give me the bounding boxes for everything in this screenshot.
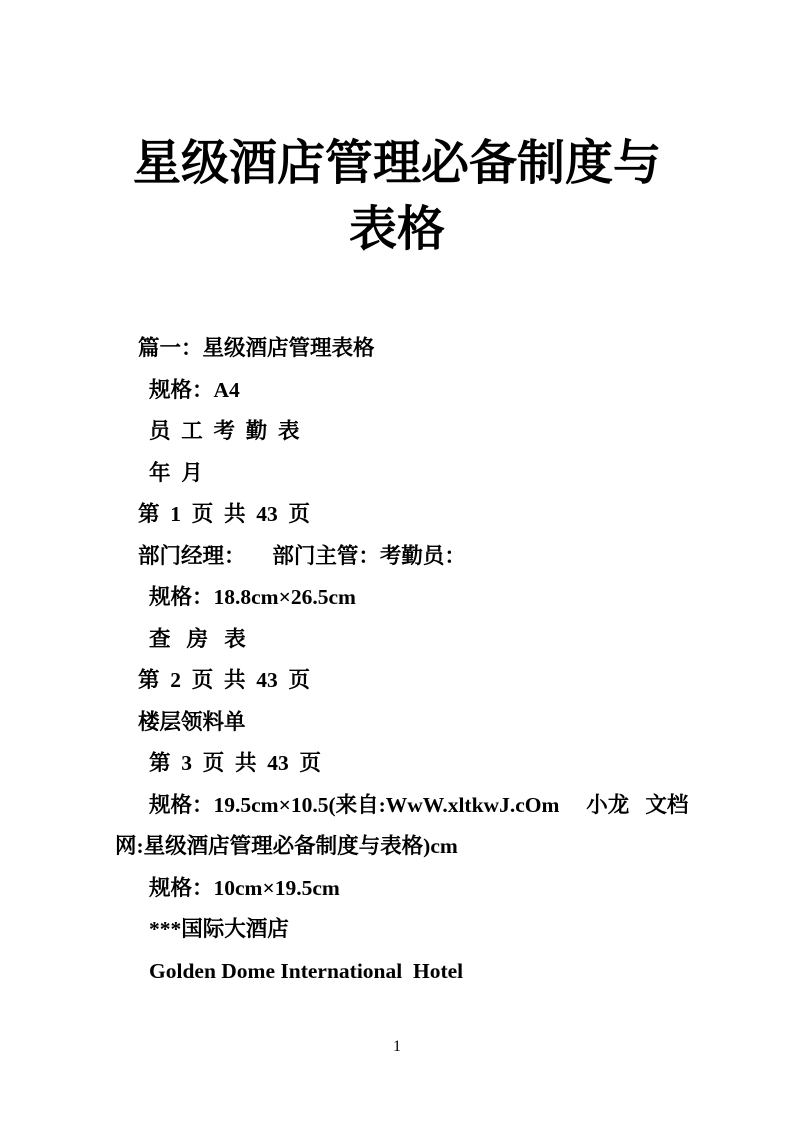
document-title-line1: 星级酒店管理必备制度与 <box>0 131 794 197</box>
page-number: 1 <box>0 1038 794 1056</box>
paragraph-line: 楼层领料单 <box>115 702 681 744</box>
paragraph-line: 年 月 <box>115 453 681 495</box>
paragraph-line: 规格：19.5cm×10.5(来自:WwW.xltkwJ.cOm 小龙 文档 <box>115 785 681 827</box>
paragraph-line: 第 2 页 共 43 页 <box>115 660 681 702</box>
paragraph-line: 第 3 页 共 43 页 <box>115 743 681 785</box>
document-title-line2: 表格 <box>0 197 794 263</box>
paragraph-line: 规格：A4 <box>115 370 681 412</box>
paragraph-line: ***国际大酒店 <box>115 909 681 951</box>
document-page: 星级酒店管理必备制度与 表格 篇一：星级酒店管理表格 规格：A4 员 工 考 勤… <box>0 0 794 1123</box>
paragraph-line: 查 房 表 <box>115 619 681 661</box>
document-body: 篇一：星级酒店管理表格 规格：A4 员 工 考 勤 表 年 月 第 1 页 共 … <box>115 328 681 992</box>
paragraph-line: 网:星级酒店管理必备制度与表格)cm <box>115 826 681 868</box>
paragraph-line: 规格：10cm×19.5cm <box>115 868 681 910</box>
paragraph-line: 第 1 页 共 43 页 <box>115 494 681 536</box>
document-title: 星级酒店管理必备制度与 表格 <box>0 131 794 263</box>
paragraph-line: 员 工 考 勤 表 <box>115 411 681 453</box>
paragraph-line: 部门经理： 部门主管：考勤员： <box>115 536 681 578</box>
paragraph-line: 规格：18.8cm×26.5cm <box>115 577 681 619</box>
paragraph-line: 篇一：星级酒店管理表格 <box>115 328 681 370</box>
paragraph-line: Golden Dome International Hotel <box>115 951 681 993</box>
